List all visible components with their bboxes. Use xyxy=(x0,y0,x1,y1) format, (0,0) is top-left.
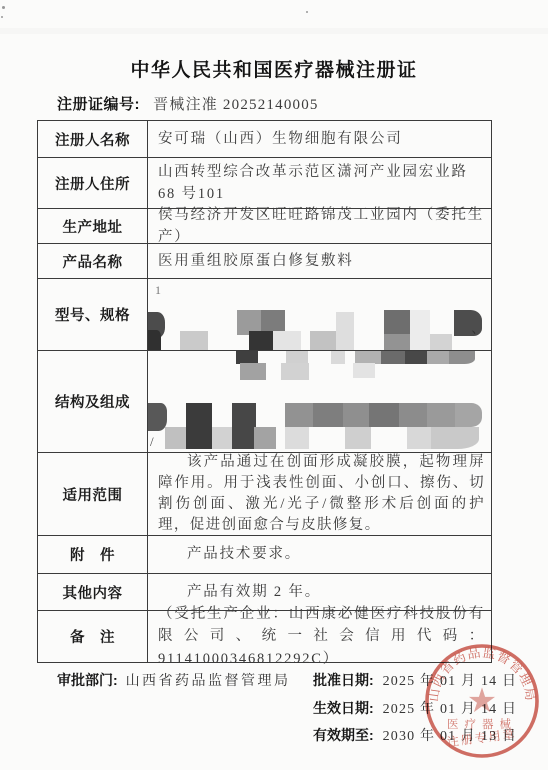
approval-department-line: 审批部门: 山西省药品监督管理局 xyxy=(57,670,291,690)
certificate-number-label: 注册证编号: xyxy=(57,96,140,113)
approval-department-value: 山西省药品监督管理局 xyxy=(126,674,291,689)
table-row-registrant-address: 注册人住所 山西转型综合改革示范区潇河产业园宏业路 68 号101 xyxy=(38,157,491,208)
row-label: 附 件 xyxy=(38,536,148,573)
table-row-structure-composition: 结构及组成 xyxy=(38,350,491,452)
scan-speck xyxy=(1,16,3,18)
effective-date-label: 生效日期: xyxy=(313,700,374,716)
row-label: 生产地址 xyxy=(38,209,148,243)
approval-date-value: 2025 年 01 月 14 日 xyxy=(383,674,518,689)
redaction-leftover-glyph: / xyxy=(150,432,155,452)
scan-band xyxy=(0,28,548,34)
table-row-attachment: 附 件 产品技术要求。 xyxy=(38,535,491,573)
row-value-text: 该产品通过在创面形成凝胶膜，起物理屏障作用。用于浅表性创面、小创口、擦伤、切割伤… xyxy=(158,452,485,536)
row-value: 侯马经济开发区旺旺路锦茂工业园内（委托生产） xyxy=(148,209,491,243)
approval-date-label: 批准日期: xyxy=(313,672,374,688)
certificate-number-line: 注册证编号: 晋械注准 20252140005 xyxy=(57,93,319,114)
expiry-date-value: 2030 年 01 月 13 日 xyxy=(383,729,518,744)
row-label: 产品名称 xyxy=(38,244,148,278)
row-value: （受托生产企业：山西康必健医疗科技股份有限公司、统一社会信用代码：9114100… xyxy=(148,611,491,662)
row-label: 结构及组成 xyxy=(38,351,148,452)
effective-date-line: 生效日期: 2025 年 01 月 14 日 xyxy=(313,697,517,725)
table-row-production-address: 生产地址 侯马经济开发区旺旺路锦茂工业园内（委托生产） xyxy=(38,208,491,243)
row-value-text: （受托生产企业：山西康必健医疗科技股份有限公司、统一社会信用代码：9114100… xyxy=(158,603,485,670)
row-value: 产品技术要求。 xyxy=(148,536,491,573)
table-row-registrant-name: 注册人名称 安可瑞（山西）生物细胞有限公司 xyxy=(38,121,491,157)
row-value-redacted: / xyxy=(148,351,491,452)
row-value: 安可瑞（山西）生物细胞有限公司 xyxy=(148,121,491,157)
approval-date-line: 批准日期: 2025 年 01 月 14 日 xyxy=(313,669,517,697)
row-label: 注册人名称 xyxy=(38,121,148,157)
row-label: 备 注 xyxy=(38,611,148,662)
scan-speck xyxy=(2,6,5,9)
row-value-text: 医用重组胶原蛋白修复敷料 xyxy=(158,250,485,272)
row-label: 型号、规格 xyxy=(38,279,148,350)
row-label: 注册人住所 xyxy=(38,158,148,208)
redaction-leftover-glyph: 1 xyxy=(155,281,163,300)
row-label: 其他内容 xyxy=(38,574,148,610)
table-row-scope-of-use: 适用范围 该产品通过在创面形成凝胶膜，起物理屏障作用。用于浅表性创面、小创口、擦… xyxy=(38,452,491,535)
document-title: 中华人民共和国医疗器械注册证 xyxy=(0,55,548,82)
table-row-model-spec: 型号、规格 1 、 xyxy=(38,278,491,350)
row-value-text: 产品技术要求。 xyxy=(158,543,485,565)
expiry-date-label: 有效期至: xyxy=(313,727,374,743)
row-value-text: 山西转型综合改革示范区潇河产业园宏业路 68 号101 xyxy=(158,161,485,206)
certificate-number-value: 晋械注准 20252140005 xyxy=(153,97,318,113)
registration-certificate-table: 注册人名称 安可瑞（山西）生物细胞有限公司 注册人住所 山西转型综合改革示范区潇… xyxy=(37,120,492,663)
row-value: 医用重组胶原蛋白修复敷料 xyxy=(148,244,491,278)
row-label: 适用范围 xyxy=(38,453,148,535)
scan-speck xyxy=(306,11,308,13)
date-block: 批准日期: 2025 年 01 月 14 日 生效日期: 2025 年 01 月… xyxy=(313,669,517,752)
table-row-product-name: 产品名称 医用重组胶原蛋白修复敷料 xyxy=(38,243,491,278)
redaction-mosaic: 1 、 xyxy=(148,279,491,350)
expiry-date-line: 有效期至: 2030 年 01 月 13 日 xyxy=(313,724,517,752)
row-value-text: 产品有效期 2 年。 xyxy=(158,581,485,603)
row-value: 山西转型综合改革示范区潇河产业园宏业路 68 号101 xyxy=(148,158,491,208)
row-value-redacted: 1 、 xyxy=(148,279,491,350)
redaction-leftover-glyph: 、 xyxy=(471,319,487,341)
approval-department-label: 审批部门: xyxy=(57,672,118,688)
row-value-text: 侯马经济开发区旺旺路锦茂工业园内（委托生产） xyxy=(158,204,485,249)
redaction-mosaic: / xyxy=(148,351,491,452)
row-value: 该产品通过在创面形成凝胶膜，起物理屏障作用。用于浅表性创面、小创口、擦伤、切割伤… xyxy=(148,453,491,535)
effective-date-value: 2025 年 01 月 14 日 xyxy=(383,702,518,717)
row-value-text: 安可瑞（山西）生物细胞有限公司 xyxy=(158,128,485,150)
table-row-remarks: 备 注 （受托生产企业：山西康必健医疗科技股份有限公司、统一社会信用代码：911… xyxy=(38,610,491,662)
